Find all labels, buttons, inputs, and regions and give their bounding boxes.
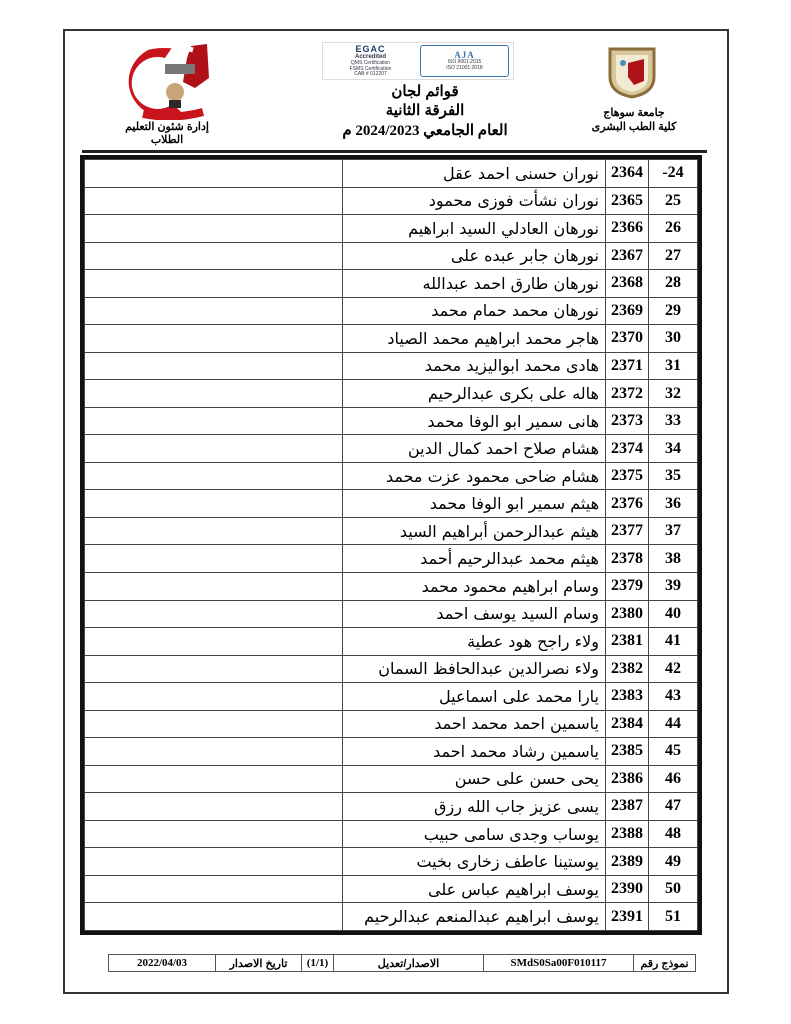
form-number-value: SMdS0Sa00F010117	[483, 955, 633, 971]
table-row: 412381ولاء راجح هود عطية	[85, 628, 698, 656]
table-row: 422382ولاء نصرالدين عبدالحافظ السمان	[85, 655, 698, 683]
student-name-cell: نورهان طارق احمد عبدالله	[343, 270, 606, 298]
blank-cell	[85, 407, 343, 435]
student-code-cell: 2370	[606, 325, 649, 353]
student-name-cell: يوسف ابراهيم عباس على	[343, 875, 606, 903]
version-value: (1/1)	[301, 955, 333, 971]
serial-cell: -24	[649, 160, 698, 188]
blank-cell	[85, 738, 343, 766]
student-name-cell: نورهان العادلي السيد ابراهيم	[343, 215, 606, 243]
student-code-cell: 2378	[606, 545, 649, 573]
blank-cell	[85, 600, 343, 628]
table-row: 492389يوستينا عاطف زخارى بخيت	[85, 848, 698, 876]
student-name-cell: وسام ابراهيم محمود محمد	[343, 572, 606, 600]
serial-cell: 31	[649, 352, 698, 380]
table-row: 452385ياسمين رشاد محمد احمد	[85, 738, 698, 766]
serial-cell: 33	[649, 407, 698, 435]
blank-cell	[85, 793, 343, 821]
student-name-cell: هيثم عبدالرحمن أبراهيم السيد	[343, 517, 606, 545]
serial-cell: 41	[649, 628, 698, 656]
blank-cell	[85, 490, 343, 518]
student-name-cell: نورهان محمد حمام محمد	[343, 297, 606, 325]
serial-cell: 51	[649, 903, 698, 931]
table-row: 462386يحى حسن على حسن	[85, 765, 698, 793]
serial-cell: 38	[649, 545, 698, 573]
blank-cell	[85, 710, 343, 738]
issue-date-value: 2022/04/03	[109, 955, 215, 971]
student-name-cell: ولاء نصرالدين عبدالحافظ السمان	[343, 655, 606, 683]
student-name-cell: هاله على بكرى عبدالرحيم	[343, 380, 606, 408]
student-code-cell: 2375	[606, 462, 649, 490]
table-row: 442384ياسمين احمد محمد احمد	[85, 710, 698, 738]
blank-cell	[85, 517, 343, 545]
student-name-cell: يوساب وجدى سامى حبيب	[343, 820, 606, 848]
table-row: 352375هشام ضاحى محمود عزت محمد	[85, 462, 698, 490]
table-row: 472387يسى عزيز جاب الله رزق	[85, 793, 698, 821]
serial-cell: 29	[649, 297, 698, 325]
student-name-cell: هانى سمير ابو الوفا محمد	[343, 407, 606, 435]
serial-cell: 36	[649, 490, 698, 518]
serial-cell: 26	[649, 215, 698, 243]
student-name-cell: هشام ضاحى محمود عزت محمد	[343, 462, 606, 490]
student-code-cell: 2382	[606, 655, 649, 683]
student-name-cell: يحى حسن على حسن	[343, 765, 606, 793]
table-row: 282368نورهان طارق احمد عبدالله	[85, 270, 698, 298]
student-code-cell: 2376	[606, 490, 649, 518]
serial-cell: 48	[649, 820, 698, 848]
header-divider	[82, 150, 707, 153]
serial-cell: 46	[649, 765, 698, 793]
serial-cell: 30	[649, 325, 698, 353]
serial-cell: 28	[649, 270, 698, 298]
blank-cell	[85, 848, 343, 876]
student-code-cell: 2389	[606, 848, 649, 876]
serial-cell: 44	[649, 710, 698, 738]
table-row: 332373هانى سمير ابو الوفا محمد	[85, 407, 698, 435]
serial-cell: 43	[649, 683, 698, 711]
student-code-cell: 2364	[606, 160, 649, 188]
student-code-cell: 2372	[606, 380, 649, 408]
table-row: 342374هشام صلاح احمد كمال الدين	[85, 435, 698, 463]
form-number-label: نموذج رقم	[633, 955, 695, 971]
serial-cell: 37	[649, 517, 698, 545]
student-code-cell: 2391	[606, 903, 649, 931]
blank-cell	[85, 297, 343, 325]
blank-cell	[85, 435, 343, 463]
university-crest-icon	[604, 43, 660, 99]
version-label: الاصدار/تعديل	[333, 955, 483, 971]
student-code-cell: 2365	[606, 187, 649, 215]
student-code-cell: 2386	[606, 765, 649, 793]
student-name-cell: هيثم محمد عبدالرحيم أحمد	[343, 545, 606, 573]
serial-cell: 49	[649, 848, 698, 876]
table-row: 372377هيثم عبدالرحمن أبراهيم السيد	[85, 517, 698, 545]
student-name-cell: نوران نشأت فوزى محمود	[343, 187, 606, 215]
table-row: -242364نوران حسنى احمد عقل	[85, 160, 698, 188]
university-label: جامعة سوهاج كلية الطب البشرى	[584, 106, 684, 134]
student-name-cell: يارا محمد على اسماعيل	[343, 683, 606, 711]
department-label: إدارة شئون التعليم الطلاب	[112, 120, 222, 146]
issue-date-label: تاريخ الاصدار	[215, 955, 301, 971]
student-code-cell: 2368	[606, 270, 649, 298]
student-name-cell: ولاء راجح هود عطية	[343, 628, 606, 656]
student-name-cell: ياسمين رشاد محمد احمد	[343, 738, 606, 766]
student-code-cell: 2377	[606, 517, 649, 545]
student-code-cell: 2366	[606, 215, 649, 243]
student-code-cell: 2385	[606, 738, 649, 766]
serial-cell: 25	[649, 187, 698, 215]
table-row: 362376هيثم سمير ابو الوفا محمد	[85, 490, 698, 518]
blank-cell	[85, 683, 343, 711]
blank-cell	[85, 462, 343, 490]
blank-cell	[85, 572, 343, 600]
student-code-cell: 2371	[606, 352, 649, 380]
blank-cell	[85, 325, 343, 353]
serial-cell: 34	[649, 435, 698, 463]
student-code-cell: 2381	[606, 628, 649, 656]
table-row: 302370هاجر محمد ابراهيم محمد الصياد	[85, 325, 698, 353]
student-name-cell: هشام صلاح احمد كمال الدين	[343, 435, 606, 463]
student-name-cell: ياسمين احمد محمد احمد	[343, 710, 606, 738]
document-title: قوائم لجان الفرقة الثانية العام الجامعي …	[300, 82, 550, 142]
table-row: 502390يوسف ابراهيم عباس على	[85, 875, 698, 903]
blank-cell	[85, 187, 343, 215]
table-row: 252365نوران نشأت فوزى محمود	[85, 187, 698, 215]
blank-cell	[85, 545, 343, 573]
faculty-logo-icon	[103, 38, 225, 120]
table-row: 402380وسام السيد يوسف احمد	[85, 600, 698, 628]
student-code-cell: 2380	[606, 600, 649, 628]
serial-cell: 39	[649, 572, 698, 600]
serial-cell: 42	[649, 655, 698, 683]
egac-logo-icon: EGAC Accredited QMS Certification FSMS C…	[327, 45, 414, 77]
blank-cell	[85, 903, 343, 931]
blank-cell	[85, 380, 343, 408]
blank-cell	[85, 160, 343, 188]
table-row: 512391يوسف ابراهيم عبدالمنعم عبدالرحيم	[85, 903, 698, 931]
serial-cell: 40	[649, 600, 698, 628]
student-code-cell: 2379	[606, 572, 649, 600]
table-row: 312371هادى محمد ابواليزيد محمد	[85, 352, 698, 380]
blank-cell	[85, 215, 343, 243]
student-code-cell: 2390	[606, 875, 649, 903]
student-name-cell: هيثم سمير ابو الوفا محمد	[343, 490, 606, 518]
title-year-group: الفرقة الثانية	[300, 101, 550, 120]
blank-cell	[85, 820, 343, 848]
student-code-cell: 2387	[606, 793, 649, 821]
blank-cell	[85, 242, 343, 270]
blank-cell	[85, 655, 343, 683]
table-row: 392379وسام ابراهيم محمود محمد	[85, 572, 698, 600]
table-row: 292369نورهان محمد حمام محمد	[85, 297, 698, 325]
blank-cell	[85, 270, 343, 298]
serial-cell: 32	[649, 380, 698, 408]
title-committee-lists: قوائم لجان	[300, 82, 550, 101]
student-code-cell: 2383	[606, 683, 649, 711]
table-row: 432383يارا محمد على اسماعيل	[85, 683, 698, 711]
serial-cell: 45	[649, 738, 698, 766]
title-academic-year: العام الجامعي 2024/2023 م	[300, 120, 550, 142]
table-row: 262366نورهان العادلي السيد ابراهيم	[85, 215, 698, 243]
table-row: 272367نورهان جابر عبده على	[85, 242, 698, 270]
student-code-cell: 2369	[606, 297, 649, 325]
student-name-cell: يسى عزيز جاب الله رزق	[343, 793, 606, 821]
student-code-cell: 2374	[606, 435, 649, 463]
student-code-cell: 2373	[606, 407, 649, 435]
blank-cell	[85, 875, 343, 903]
student-name-cell: يوسف ابراهيم عبدالمنعم عبدالرحيم	[343, 903, 606, 931]
student-code-cell: 2388	[606, 820, 649, 848]
table-row: 482388يوساب وجدى سامى حبيب	[85, 820, 698, 848]
student-roster-table: -242364نوران حسنى احمد عقل252365نوران نش…	[80, 155, 702, 935]
form-footer: نموذج رقم SMdS0Sa00F010117 الاصدار/تعديل…	[108, 954, 696, 972]
serial-cell: 35	[649, 462, 698, 490]
student-name-cell: نوران حسنى احمد عقل	[343, 160, 606, 188]
aja-logo-icon: AJA ISO 9001:2015 ISO 21001:2018	[420, 45, 509, 77]
student-code-cell: 2367	[606, 242, 649, 270]
certification-logos: EGAC Accredited QMS Certification FSMS C…	[322, 42, 514, 80]
serial-cell: 27	[649, 242, 698, 270]
blank-cell	[85, 352, 343, 380]
student-name-cell: هادى محمد ابواليزيد محمد	[343, 352, 606, 380]
table-row: 322372هاله على بكرى عبدالرحيم	[85, 380, 698, 408]
student-name-cell: نورهان جابر عبده على	[343, 242, 606, 270]
serial-cell: 50	[649, 875, 698, 903]
blank-cell	[85, 765, 343, 793]
student-code-cell: 2384	[606, 710, 649, 738]
table-row: 382378هيثم محمد عبدالرحيم أحمد	[85, 545, 698, 573]
student-name-cell: هاجر محمد ابراهيم محمد الصياد	[343, 325, 606, 353]
serial-cell: 47	[649, 793, 698, 821]
blank-cell	[85, 628, 343, 656]
student-name-cell: يوستينا عاطف زخارى بخيت	[343, 848, 606, 876]
student-name-cell: وسام السيد يوسف احمد	[343, 600, 606, 628]
